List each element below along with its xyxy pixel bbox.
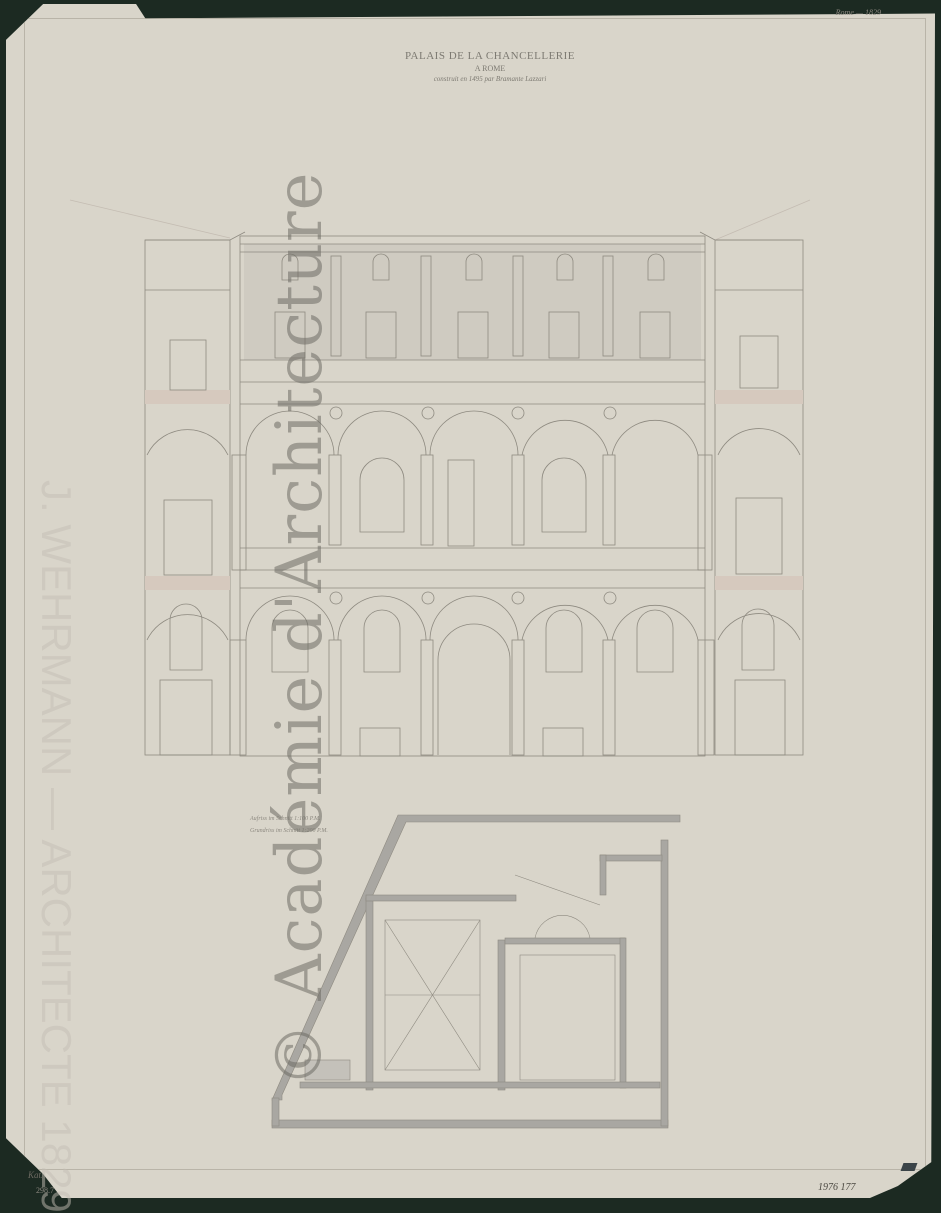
copyright-watermark: © Académie d'Architecture xyxy=(263,187,337,1087)
corner-annotation: Rome — 1829 xyxy=(836,8,881,17)
drawing-location: A ROME xyxy=(390,64,590,73)
right-roof xyxy=(700,232,800,240)
archive-stamp xyxy=(901,1163,918,1171)
drawing-subtitle: construit en 1495 par Bramante Lazzari xyxy=(390,75,590,83)
architectural-drawing xyxy=(0,0,941,1200)
title-block: PALAIS DE LA CHANCELLERIE A ROME constru… xyxy=(390,50,590,83)
inventory-number-right: 1976 177 xyxy=(818,1182,856,1193)
left-roof xyxy=(145,232,245,240)
inventory-note-left: Kat. xyxy=(28,1170,43,1180)
inventory-number-left: 298.7 xyxy=(36,1186,54,1195)
drawing-title: PALAIS DE LA CHANCELLERIE xyxy=(390,50,590,62)
